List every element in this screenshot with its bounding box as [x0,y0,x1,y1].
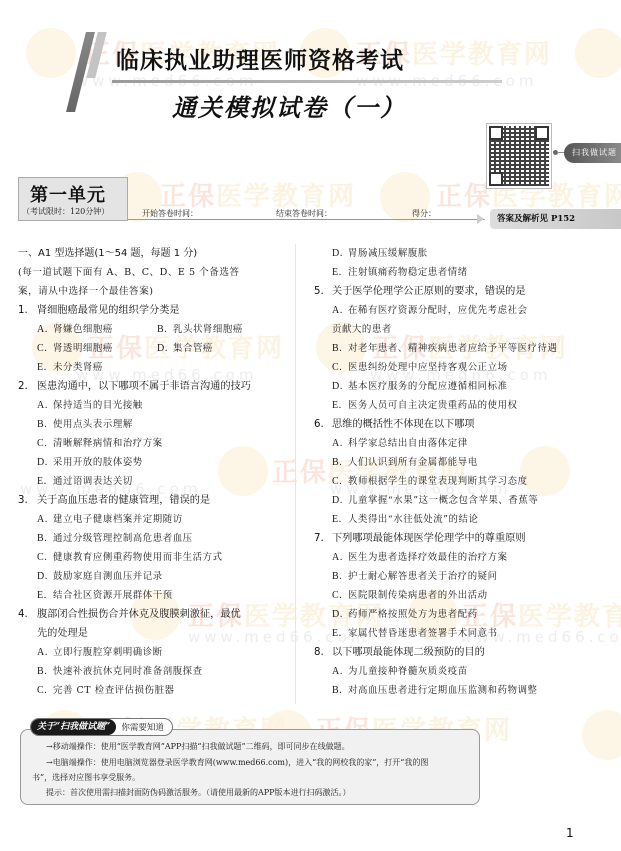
answer-reference: 答案及解析见 P152 [490,209,621,229]
option-d[interactable]: D.胃肠减压缓解腹胀 [314,244,614,263]
title-underline [112,80,502,83]
question-8: 8.以下哪项最能体现二级预防的目的 [314,643,614,662]
info-tag: 关于“扫我做试题” 你需要知道 [30,718,173,736]
question-3: 3.关于高血压患者的健康管理，错误的是 [18,491,290,510]
exam-subtitle: 通关模拟试卷（一） [172,88,406,123]
option-e[interactable]: E.注射镇痛药物稳定患者情绪 [314,263,614,282]
option-a[interactable]: A.肾嫌色细胞癌 [37,320,157,339]
option-e[interactable]: E.未分类肾癌 [18,358,290,377]
question-6: 6.思维的概括性不体现在以下哪项 [314,415,614,434]
column-divider [295,244,296,704]
left-column: 一、A1 型选择题(1～54 题，每题 1 分) (每一道试题下面有 A、B、C… [18,244,290,700]
option-b[interactable]: B.对老年患者、精神疾病患者应给予平等医疗待遇 [314,339,614,358]
info-tip: 提示：首次使用需扫描封面防伪码激活服务。（请使用最新的APP版本进行扫码激活。） [46,787,351,798]
option-d[interactable]: D.药师严格按照处方为患者配药 [314,605,614,624]
option-c[interactable]: C.健康教育应侧重药物使用而非生活方式 [18,548,290,567]
section-instruction: 案，请从中选择一个最佳答案) [18,282,290,301]
option-a[interactable]: A.医生为患者选择疗效最佳的治疗方案 [314,548,614,567]
arrow-icon [477,214,484,224]
option-b[interactable]: B.护士耐心解答患者关于治疗的疑问 [314,567,614,586]
option-a[interactable]: A.立即行腹腔穿刺明确诊断 [18,643,290,662]
watermark-logo [582,710,621,760]
end-time-label: 结束答卷时间： [276,208,332,219]
option-c[interactable]: C.教师根据学生的课堂表现判断其学习态度 [314,472,614,491]
scan-label: 扫我做试题 [564,143,621,163]
option-a[interactable]: A.为儿童接种脊髓灰质炎疫苗 [314,662,614,681]
section-heading: 一、A1 型选择题(1～54 题，每题 1 分) [18,244,290,263]
option-row: C.肾透明细胞癌 D.集合管癌 [18,339,290,358]
page-number: 1 [566,826,574,840]
option-c[interactable]: C.肾透明细胞癌 [37,339,157,358]
question-5: 5.关于医学伦理学公正原则的要求，错误的是 [314,282,614,301]
option-d[interactable]: D.基本医疗服务的分配应遵循相同标准 [314,377,614,396]
option-d[interactable]: D.采用开放的肢体姿势 [18,453,290,472]
section-instruction: (每一道试题下面有 A、B、C、D、E 5 个备选答 [18,263,290,282]
watermark-logo [26,28,76,78]
option-b[interactable]: B.人们认识到所有金属都能导电 [314,453,614,472]
option-a-continued: 贡献大的患者 [314,320,614,339]
option-a[interactable]: A.保持适当的目光接触 [18,396,290,415]
watermark-logo [575,28,621,78]
option-d[interactable]: D.集合管癌 [157,339,213,358]
option-b[interactable]: B.通过分级管理控制高危患者血压 [18,529,290,548]
right-column: D.胃肠减压缓解腹胀 E.注射镇痛药物稳定患者情绪 5.关于医学伦理学公正原则的… [314,244,614,700]
info-tag-title: 关于“扫我做试题” [31,719,116,735]
option-e[interactable]: E.人类得出“水往低处流”的结论 [314,510,614,529]
option-d[interactable]: D.儿童掌握“水果”这一概念包含苹果、香蕉等 [314,491,614,510]
info-desktop-instruction: →电脑端操作：使用电脑浏览器登录医学教育网(www.med66.com)，进入“… [46,757,428,768]
info-tag-subtitle: 你需要知道 [116,721,164,733]
meta-underline [128,219,485,220]
question-4: 4.腹部闭合性损伤合并休克及腹膜刺激征，最优 [18,605,290,624]
option-e[interactable]: E.通过语调表达关切 [18,472,290,491]
option-row: A.肾嫌色细胞癌 B.乳头状肾细胞癌 [18,320,290,339]
start-time-label: 开始答卷时间： [142,208,198,219]
option-c[interactable]: C.医院限制传染病患者的外出活动 [314,586,614,605]
question-1: 1.肾细胞癌最常见的组织学分类是 [18,301,290,320]
time-limit: （考试限时：120分钟） [22,206,109,217]
option-b[interactable]: B.对高血压患者进行定期血压监测和药物调整 [314,681,614,700]
option-b[interactable]: B.快速补液抗休克同时准备剖腹探查 [18,662,290,681]
option-a[interactable]: A.建立电子健康档案并定期随访 [18,510,290,529]
info-desktop-instruction-cont: 书”，选择对应图书享受服务。 [32,772,140,783]
option-a[interactable]: A.科学家总结出自由落体定律 [314,434,614,453]
option-d[interactable]: D.鼓励家庭自测血压并记录 [18,567,290,586]
option-e[interactable]: E.医务人员可自主决定贵重药品的使用权 [314,396,614,415]
option-c[interactable]: C.完善 CT 检查评估损伤脏器 [18,681,290,700]
score-label: 得分： [412,208,436,219]
option-b[interactable]: B.乳头状肾细胞癌 [157,320,243,339]
question-4-continued: 先的处理是 [18,624,290,643]
question-7: 7.下列哪项最能体现医学伦理学中的尊重原则 [314,529,614,548]
option-c[interactable]: C.清晰解释病情和治疗方案 [18,434,290,453]
unit-title: 第一单元 [30,181,106,207]
option-e[interactable]: E.家属代替昏迷患者签署手术同意书 [314,624,614,643]
option-b[interactable]: B.使用点头表示理解 [18,415,290,434]
info-mobile-instruction: →移动端操作：使用“医学教育网”APP扫描“扫我做试题”二维码，即可同步在线做题… [46,741,350,752]
option-e[interactable]: E.结合社区资源开展群体干预 [18,586,290,605]
option-a[interactable]: A.在稀有医疗资源分配时，应优先考虑社会 [314,301,614,320]
option-c[interactable]: C.医患纠纷处理中应坚持客观公正立场 [314,358,614,377]
question-2: 2.医患沟通中，以下哪项不属于非语言沟通的技巧 [18,377,290,396]
qr-code[interactable] [486,123,552,189]
exam-title: 临床执业助理医师资格考试 [116,42,404,75]
